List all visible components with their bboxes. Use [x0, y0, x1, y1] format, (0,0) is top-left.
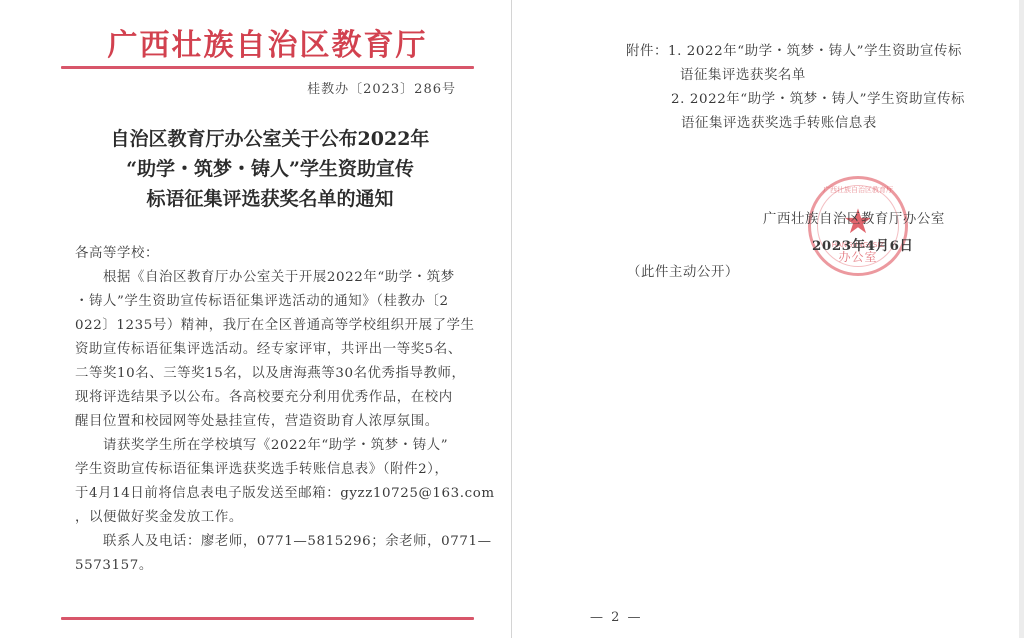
page-number: — 2 — — [590, 610, 643, 625]
body-line-email: 于4月14日前将信息表电子版发送至邮箱：gyzz10725@163.com — [75, 482, 470, 506]
footer-red-rule — [61, 617, 474, 620]
body-line: 醒目位置和校园网等处悬挂宣传，营造资助育人浓厚氛围。 — [75, 410, 470, 434]
document-number: 桂教办〔2023〕286号 — [307, 78, 456, 97]
issue-date: 2023年4月6日 — [812, 235, 913, 254]
title-line: 自治区教育厅办公室关于公布2022年 — [60, 124, 480, 154]
masthead-title: 广西壮族自治区教育厅 — [61, 20, 474, 64]
title-line: 标语征集评选获奖名单的通知 — [60, 184, 480, 214]
notice-title: 自治区教育厅办公室关于公布2022年 “助学・筑梦・铸人”学生资助宣传 标语征集… — [60, 124, 480, 214]
body-line: 请获奖学生所在学校填写《2022年“助学・筑梦・铸人” — [75, 434, 470, 458]
notice-body: 各高等学校： 根据《自治区教育厅办公室关于开展2022年“助学・筑梦 ・铸人”学… — [75, 242, 470, 578]
attachment-item-2-cont: 语征集评选获奖选手转账信息表 — [626, 112, 965, 136]
attachment-item-2: 2. 2022年“助学・筑梦・铸人”学生资助宣传标 — [626, 88, 965, 112]
body-line: 资助宣传标语征集评选活动。经专家评审，共评出一等奖5名、 — [75, 338, 470, 362]
contact-line: 5573157。 — [75, 554, 470, 578]
masthead-red-rule — [61, 66, 474, 69]
title-line: “助学・筑梦・铸人”学生资助宣传 — [60, 154, 480, 184]
issuer-signature: 广西壮族自治区教育厅办公室 — [763, 208, 945, 227]
body-line: 根据《自治区教育厅办公室关于开展2022年“助学・筑梦 — [75, 266, 470, 290]
body-line: ，以便做好奖金发放工作。 — [75, 506, 470, 530]
salutation: 各高等学校： — [75, 242, 470, 266]
contact-line: 联系人及电话：廖老师，0771—5815296；余老师，0771— — [75, 530, 470, 554]
body-line: 二等奖10名、三等奖15名，以及唐海燕等30名优秀指导教师， — [75, 362, 470, 386]
document-page-1: 广西壮族自治区教育厅 桂教办〔2023〕286号 自治区教育厅办公室关于公布20… — [0, 0, 511, 638]
attachment-item-1-cont: 语征集评选获奖名单 — [626, 64, 965, 88]
body-line: 022〕1235号）精神，我厅在全区普通高等学校组织开展了学生 — [75, 314, 470, 338]
attachment-item-1: 附件：1. 2022年“助学・筑梦・铸人”学生资助宣传标 — [626, 40, 965, 64]
attachments-list: 附件：1. 2022年“助学・筑梦・铸人”学生资助宣传标 语征集评选获奖名单 2… — [626, 40, 965, 136]
page-edge-right — [1019, 0, 1024, 638]
body-line: ・铸人”学生资助宣传标语征集评选活动的通知》（桂教办〔2 — [75, 290, 470, 314]
body-line: 学生资助宣传标语征集评选获奖选手转账信息表》（附件2）， — [75, 458, 470, 482]
body-line: 现将评选结果予以公布。各高校要充分利用优秀作品，在校内 — [75, 386, 470, 410]
public-disclosure-note: （此件主动公开） — [627, 261, 739, 280]
